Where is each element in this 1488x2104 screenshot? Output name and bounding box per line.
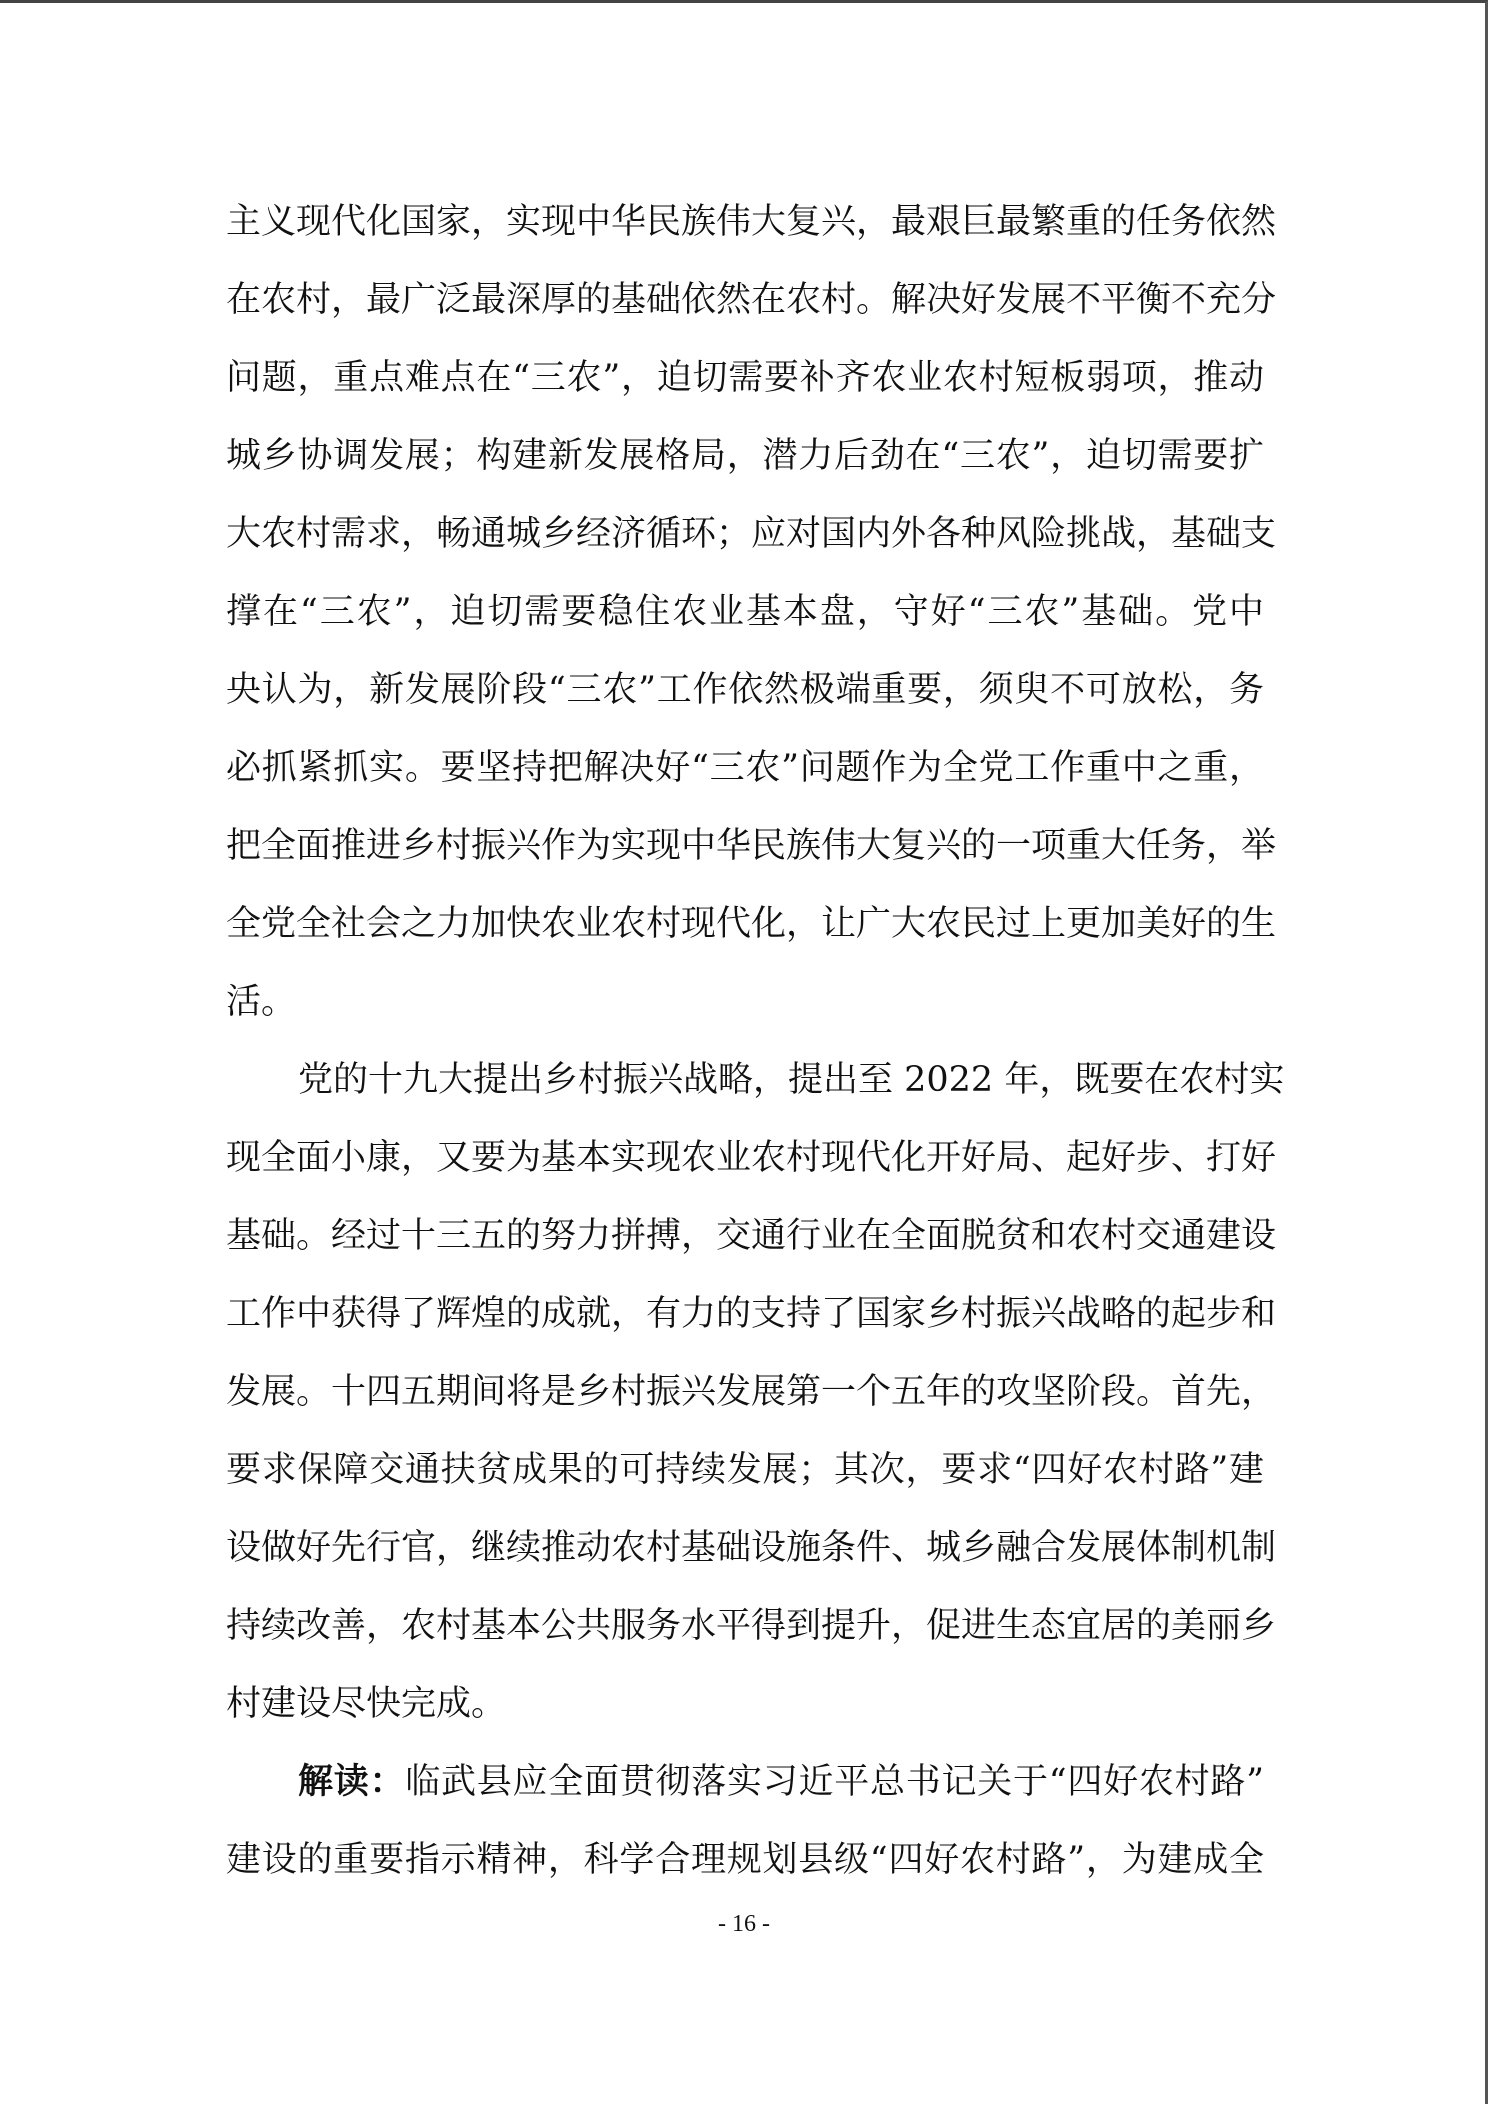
text-line: 要求保障交通扶贫成果的可持续发展；其次，要求“四好农村路”建 — [226, 1444, 1264, 1522]
paragraph-1: 主义现代化国家，实现中华民族伟大复兴，最艰巨最繁重的任务依然 在农村，最广泛最深… — [226, 196, 1264, 1054]
text-line: 把全面推进乡村振兴作为实现中华民族伟大复兴的一项重大任务，举 — [226, 820, 1264, 898]
text-line: 基础。经过十三五的努力拼搏，交通行业在全面脱贫和农村交通建设 — [226, 1210, 1264, 1288]
text-line: 活。 — [226, 976, 1264, 1054]
text-line: 发展。十四五期间将是乡村振兴发展第一个五年的攻坚阶段。首先， — [226, 1366, 1264, 1444]
text-line: 全党全社会之力加快农业农村现代化，让广大农民过上更加美好的生 — [226, 898, 1264, 976]
text-line: 在农村，最广泛最深厚的基础依然在农村。解决好发展不平衡不充分 — [226, 274, 1264, 352]
text-line: 解读：临武县应全面贯彻落实习近平总书记关于“四好农村路” — [226, 1756, 1264, 1834]
text-line: 设做好先行官，继续推动农村基础设施条件、城乡融合发展体制机制 — [226, 1522, 1264, 1600]
interpretation-text: 临武县应全面贯彻落实习近平总书记关于“四好农村路” — [405, 1762, 1264, 1802]
text-line: 问题，重点难点在“三农”，迫切需要补齐农业农村短板弱项，推动 — [226, 352, 1264, 430]
page-number: - 16 - — [0, 1911, 1488, 1938]
text-line: 村建设尽快完成。 — [226, 1678, 1264, 1756]
document-page: 主义现代化国家，实现中华民族伟大复兴，最艰巨最繁重的任务依然 在农村，最广泛最深… — [0, 0, 1488, 2104]
text-line: 大农村需求，畅通城乡经济循环；应对国内外各种风险挑战，基础支 — [226, 508, 1264, 586]
body-text: 主义现代化国家，实现中华民族伟大复兴，最艰巨最繁重的任务依然 在农村，最广泛最深… — [226, 196, 1264, 1912]
text-line: 建设的重要指示精神，科学合理规划县级“四好农村路”，为建成全 — [226, 1834, 1264, 1912]
text-line: 必抓紧抓实。要坚持把解决好“三农”问题作为全党工作重中之重， — [226, 742, 1264, 820]
text-line: 持续改善，农村基本公共服务水平得到提升，促进生态宜居的美丽乡 — [226, 1600, 1264, 1678]
paragraph-3-interpretation: 解读：临武县应全面贯彻落实习近平总书记关于“四好农村路” 建设的重要指示精神，科… — [226, 1756, 1264, 1912]
paragraph-2: 党的十九大提出乡村振兴战略，提出至 2022 年，既要在农村实 现全面小康，又要… — [226, 1054, 1264, 1756]
text-line: 现全面小康，又要为基本实现农业农村现代化开好局、起好步、打好 — [226, 1132, 1264, 1210]
text-line: 撑在“三农”，迫切需要稳住农业基本盘，守好“三农”基础。党中 — [226, 586, 1264, 664]
text-line: 工作中获得了辉煌的成就，有力的支持了国家乡村振兴战略的起步和 — [226, 1288, 1264, 1366]
text-line: 城乡协调发展；构建新发展格局，潜力后劲在“三农”，迫切需要扩 — [226, 430, 1264, 508]
text-line: 央认为，新发展阶段“三农”工作依然极端重要，须臾不可放松，务 — [226, 664, 1264, 742]
text-line: 党的十九大提出乡村振兴战略，提出至 2022 年，既要在农村实 — [226, 1054, 1264, 1132]
text-line: 主义现代化国家，实现中华民族伟大复兴，最艰巨最繁重的任务依然 — [226, 196, 1264, 274]
interpretation-label: 解读： — [298, 1761, 405, 1802]
